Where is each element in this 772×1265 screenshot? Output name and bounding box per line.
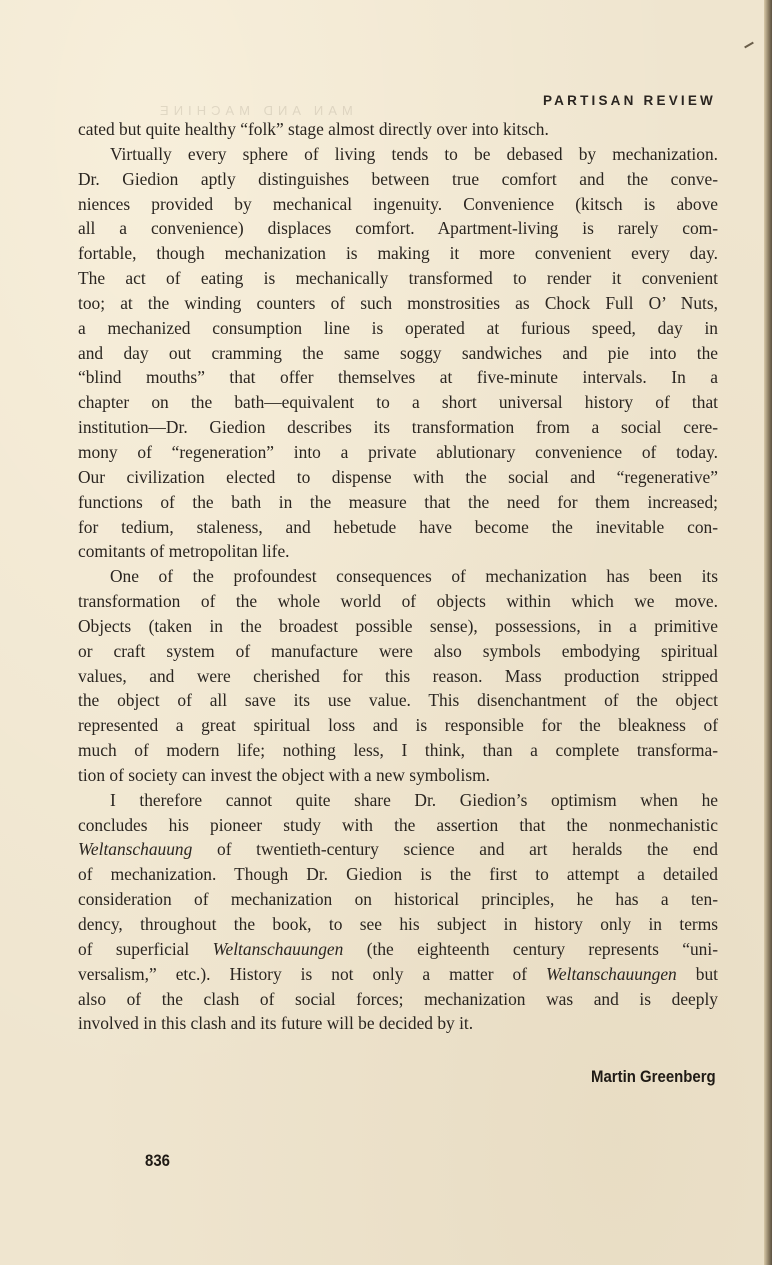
text-line: chapter on the bath—equivalent to a shor… bbox=[78, 390, 718, 415]
text-line: institution—Dr. Giedion describes its tr… bbox=[78, 415, 718, 440]
text-line: The act of eating is mechanically transf… bbox=[78, 266, 718, 291]
italic-term: Weltanschauung bbox=[78, 839, 192, 859]
page-number: 836 bbox=[145, 1151, 170, 1171]
bleed-through-header: MAN AND MACHINE bbox=[155, 103, 353, 118]
text-line: concludes his pioneer study with the ass… bbox=[78, 813, 718, 838]
text-line: Dr. Giedion aptly distinguishes between … bbox=[78, 167, 718, 192]
text-line: dency, throughout the book, to see his s… bbox=[78, 912, 718, 937]
text-line: niences provided by mechanical ingenuity… bbox=[78, 192, 718, 217]
italic-term: Weltanschauungen bbox=[213, 939, 344, 959]
text-line: cated but quite healthy “folk” stage alm… bbox=[78, 117, 718, 142]
paragraph: One of the profoundest consequences of m… bbox=[78, 564, 718, 788]
text-line: and day out cramming the same soggy sand… bbox=[78, 341, 718, 366]
running-header: PARTISAN REVIEW bbox=[543, 93, 716, 108]
text-line: Objects (taken in the broadest possible … bbox=[78, 614, 718, 639]
paragraph: Virtually every sphere of living tends t… bbox=[78, 142, 718, 564]
paper-mark bbox=[744, 42, 754, 49]
text-line: the object of all save its use value. Th… bbox=[78, 688, 718, 713]
paragraph: I therefore cannot quite share Dr. Giedi… bbox=[78, 788, 718, 1036]
text-line: a mechanized consumption line is operate… bbox=[78, 316, 718, 341]
text-line: or craft system of manufacture were also… bbox=[78, 639, 718, 664]
text-line: One of the profoundest consequences of m… bbox=[78, 564, 718, 589]
text-line: I therefore cannot quite share Dr. Giedi… bbox=[78, 788, 718, 813]
text-line: tion of society can invest the object wi… bbox=[78, 763, 718, 788]
text-line: transformation of the whole world of obj… bbox=[78, 589, 718, 614]
text-line: fortable, though mechanization is making… bbox=[78, 241, 718, 266]
text-line: mony of “regeneration” into a private ab… bbox=[78, 440, 718, 465]
text-line: Virtually every sphere of living tends t… bbox=[78, 142, 718, 167]
text-line: versalism,” etc.). History is not only a… bbox=[78, 962, 718, 987]
text-line: represented a great spiritual loss and i… bbox=[78, 713, 718, 738]
text-line: involved in this clash and its future wi… bbox=[78, 1011, 718, 1036]
paragraph: cated but quite healthy “folk” stage alm… bbox=[78, 117, 718, 142]
text-line: all a convenience) displaces comfort. Ap… bbox=[78, 216, 718, 241]
page-edge-shadow bbox=[764, 0, 772, 1265]
text-line: functions of the bath in the measure tha… bbox=[78, 490, 718, 515]
author-signature: Martin Greenberg bbox=[591, 1067, 716, 1087]
article-body: cated but quite healthy “folk” stage alm… bbox=[78, 117, 718, 1036]
text-line: “blind mouths” that offer themselves at … bbox=[78, 365, 718, 390]
text-line: consideration of mechanization on histor… bbox=[78, 887, 718, 912]
text-line: of mechanization. Though Dr. Giedion is … bbox=[78, 862, 718, 887]
italic-term: Weltanschauungen bbox=[546, 964, 677, 984]
text-line: much of modern life; nothing less, I thi… bbox=[78, 738, 718, 763]
text-line: values, and were cherished for this reas… bbox=[78, 664, 718, 689]
text-line: for tedium, staleness, and hebetude have… bbox=[78, 515, 718, 540]
text-line: also of the clash of social forces; mech… bbox=[78, 987, 718, 1012]
text-line: too; at the winding counters of such mon… bbox=[78, 291, 718, 316]
text-line: of superficial Weltanschauungen (the eig… bbox=[78, 937, 718, 962]
text-line: Our civilization elected to dispense wit… bbox=[78, 465, 718, 490]
text-line: comitants of metropolitan life. bbox=[78, 539, 718, 564]
text-line: Weltanschauung of twentieth-century scie… bbox=[78, 837, 718, 862]
